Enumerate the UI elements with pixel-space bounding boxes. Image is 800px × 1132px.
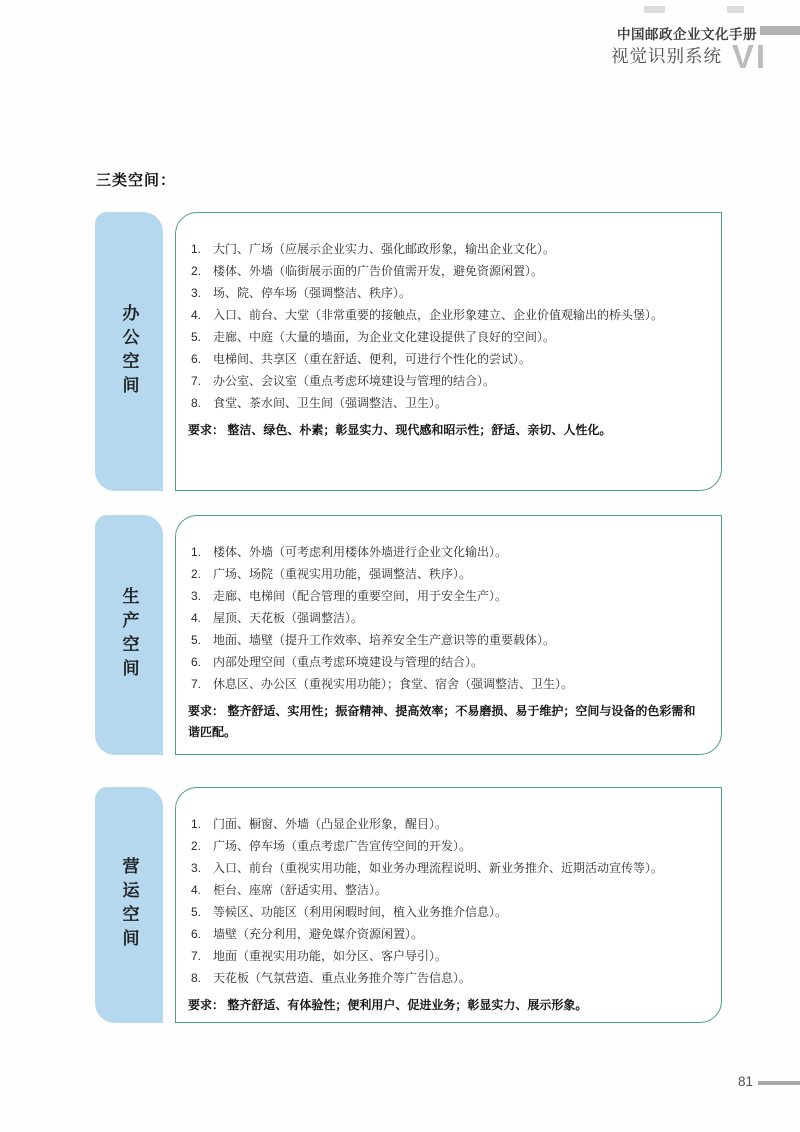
list-item-text: 楼体、外墙（临街展示面的广告价值需开发，避免资源闲置）。	[213, 260, 707, 282]
list-item: 1.大门、广场（应展示企业实力、强化邮政形象，输出企业文化）。	[188, 238, 707, 260]
section-label: 生产空间	[117, 587, 142, 683]
list-item: 4.屋顶、天花板（强调整洁）。	[188, 607, 707, 629]
list-item-number: 6.	[188, 651, 213, 673]
list-item: 2.广场、停车场（重点考虑广告宣传空间的开发）。	[188, 835, 707, 857]
list-item: 6.电梯间、共享区（重在舒适、便利，可进行个性化的尝试）。	[188, 348, 707, 370]
list-item-number: 4.	[188, 879, 213, 901]
list-item: 5.地面、墙壁（提升工作效率、培养安全生产意识等的重要载体）。	[188, 629, 707, 651]
list-item-text: 墙壁（充分利用，避免媒介资源闲置）。	[213, 923, 707, 945]
header-scan-artifact	[727, 6, 744, 13]
list-item: 4.柜台、座席（舒适实用、整洁）。	[188, 879, 707, 901]
list-item-text: 大门、广场（应展示企业实力、强化邮政形象，输出企业文化）。	[213, 238, 707, 260]
list-item: 7.办公室、会议室（重点考虑环境建设与管理的结合）。	[188, 370, 707, 392]
list-item-text: 天花板（气氛营造、重点业务推介等广告信息）。	[213, 967, 707, 989]
list-item-text: 柜台、座席（舒适实用、整洁）。	[213, 879, 707, 901]
section-label-panel: 办公空间	[95, 212, 163, 491]
item-list: 1.大门、广场（应展示企业实力、强化邮政形象，输出企业文化）。2.楼体、外墙（临…	[188, 238, 707, 414]
section-content-box: 1.大门、广场（应展示企业实力、强化邮政形象，输出企业文化）。2.楼体、外墙（临…	[175, 212, 722, 491]
section-label: 办公空间	[117, 304, 142, 400]
list-item: 5.走廊、中庭（大量的墙面，为企业文化建设提供了良好的空间）。	[188, 326, 707, 348]
list-item-text: 内部处理空间（重点考虑环境建设与管理的结合）。	[213, 651, 707, 673]
list-item-number: 2.	[188, 260, 213, 282]
section-content-box: 1.楼体、外墙（可考虑利用楼体外墙进行企业文化输出）。2.广场、场院（重视实用功…	[175, 515, 722, 755]
section-office-space: 办公空间 1.大门、广场（应展示企业实力、强化邮政形象，输出企业文化）。2.楼体…	[95, 212, 722, 491]
page-title: 三类空间：	[96, 169, 176, 190]
list-item-number: 5.	[188, 629, 213, 651]
list-item-text: 广场、停车场（重点考虑广告宣传空间的开发）。	[213, 835, 707, 857]
section-label-panel: 生产空间	[95, 515, 163, 755]
list-item: 3.场、院、停车场（强调整洁、秩序）。	[188, 282, 707, 304]
list-item-text: 办公室、会议室（重点考虑环境建设与管理的结合）。	[213, 370, 707, 392]
header-bar	[760, 26, 800, 35]
list-item-text: 门面、橱窗、外墙（凸显企业形象，醒目）。	[213, 813, 707, 835]
list-item: 5.等候区、功能区（利用闲暇时间，植入业务推介信息）。	[188, 901, 707, 923]
list-item: 6.墙壁（充分利用，避免媒介资源闲置）。	[188, 923, 707, 945]
subtitle: 视觉识别系统	[611, 43, 722, 68]
list-item: 1.楼体、外墙（可考虑利用楼体外墙进行企业文化输出）。	[188, 541, 707, 563]
manual-page: 中国邮政企业文化手册 视觉识别系统 VI 三类空间： 办公空间 1.大门、广场（…	[0, 0, 800, 1132]
list-item-number: 4.	[188, 304, 213, 326]
item-list: 1.门面、橱窗、外墙（凸显企业形象，醒目）。2.广场、停车场（重点考虑广告宣传空…	[188, 813, 707, 989]
section-label-panel: 营运空间	[95, 787, 163, 1023]
list-item-text: 入口、前台（重视实用功能，如业务办理流程说明、新业务推介、近期活动宣传等）。	[213, 857, 707, 879]
list-item-number: 8.	[188, 392, 213, 414]
list-item-number: 5.	[188, 326, 213, 348]
list-item-number: 1.	[188, 541, 213, 563]
header-scan-artifact	[644, 6, 665, 13]
list-item-number: 3.	[188, 857, 213, 879]
requirement-text: 要求： 整齐舒适、实用性；振奋精神、提高效率；不易磨损、易于维护；空间与设备的色…	[188, 701, 707, 743]
list-item-text: 走廊、电梯间（配合管理的重要空间，用于安全生产）。	[213, 585, 707, 607]
list-item-text: 食堂、茶水间、卫生间（强调整洁、卫生）。	[213, 392, 707, 414]
list-item: 4.入口、前台、大堂（非常重要的接触点，企业形象建立、企业价值观输出的桥头堡）。	[188, 304, 707, 326]
list-item-number: 2.	[188, 835, 213, 857]
section-content-box: 1.门面、橱窗、外墙（凸显企业形象，醒目）。2.广场、停车场（重点考虑广告宣传空…	[175, 787, 722, 1023]
footer-bar	[758, 1081, 800, 1085]
list-item-number: 6.	[188, 923, 213, 945]
list-item-text: 地面、墙壁（提升工作效率、培养安全生产意识等的重要载体）。	[213, 629, 707, 651]
list-item-text: 屋顶、天花板（强调整洁）。	[213, 607, 707, 629]
list-item-number: 7.	[188, 370, 213, 392]
list-item: 3.走廊、电梯间（配合管理的重要空间，用于安全生产）。	[188, 585, 707, 607]
list-item-number: 5.	[188, 901, 213, 923]
list-item-number: 8.	[188, 967, 213, 989]
list-item-text: 楼体、外墙（可考虑利用楼体外墙进行企业文化输出）。	[213, 541, 707, 563]
list-item-number: 6.	[188, 348, 213, 370]
list-item-text: 场、院、停车场（强调整洁、秩序）。	[213, 282, 707, 304]
list-item: 2.广场、场院（重视实用功能，强调整洁、秩序）。	[188, 563, 707, 585]
list-item-text: 广场、场院（重视实用功能，强调整洁、秩序）。	[213, 563, 707, 585]
list-item: 7.休息区、办公区（重视实用功能）；食堂、宿舍（强调整洁、卫生）。	[188, 673, 707, 695]
list-item: 7.地面（重视实用功能，如分区、客户导引）。	[188, 945, 707, 967]
list-item-number: 1.	[188, 813, 213, 835]
requirement-text: 要求： 整齐舒适、有体验性；便利用户、促进业务；彰显实力、展示形象。	[188, 995, 707, 1016]
page-number: 81	[738, 1074, 753, 1089]
list-item-number: 7.	[188, 673, 213, 695]
list-item-text: 地面（重视实用功能，如分区、客户导引）。	[213, 945, 707, 967]
list-item-number: 3.	[188, 585, 213, 607]
item-list: 1.楼体、外墙（可考虑利用楼体外墙进行企业文化输出）。2.广场、场院（重视实用功…	[188, 541, 707, 695]
section-production-space: 生产空间 1.楼体、外墙（可考虑利用楼体外墙进行企业文化输出）。2.广场、场院（…	[95, 515, 722, 755]
list-item-number: 2.	[188, 563, 213, 585]
list-item: 2.楼体、外墙（临街展示面的广告价值需开发，避免资源闲置）。	[188, 260, 707, 282]
list-item: 3.入口、前台（重视实用功能，如业务办理流程说明、新业务推介、近期活动宣传等）。	[188, 857, 707, 879]
list-item: 8.天花板（气氛营造、重点业务推介等广告信息）。	[188, 967, 707, 989]
section-label: 营运空间	[117, 857, 142, 953]
list-item-number: 4.	[188, 607, 213, 629]
list-item-number: 1.	[188, 238, 213, 260]
list-item-text: 电梯间、共享区（重在舒适、便利，可进行个性化的尝试）。	[213, 348, 707, 370]
list-item: 8.食堂、茶水间、卫生间（强调整洁、卫生）。	[188, 392, 707, 414]
vi-logo: VI	[732, 40, 767, 73]
list-item-text: 休息区、办公区（重视实用功能）；食堂、宿舍（强调整洁、卫生）。	[213, 673, 707, 695]
list-item-text: 走廊、中庭（大量的墙面，为企业文化建设提供了良好的空间）。	[213, 326, 707, 348]
list-item-number: 3.	[188, 282, 213, 304]
list-item-number: 7.	[188, 945, 213, 967]
list-item-text: 等候区、功能区（利用闲暇时间，植入业务推介信息）。	[213, 901, 707, 923]
list-item: 6.内部处理空间（重点考虑环境建设与管理的结合）。	[188, 651, 707, 673]
list-item: 1.门面、橱窗、外墙（凸显企业形象，醒目）。	[188, 813, 707, 835]
requirement-text: 要求： 整洁、绿色、朴素；彰显实力、现代感和昭示性；舒适、亲切、人性化。	[188, 420, 707, 441]
section-operations-space: 营运空间 1.门面、橱窗、外墙（凸显企业形象，醒目）。2.广场、停车场（重点考虑…	[95, 787, 722, 1023]
list-item-text: 入口、前台、大堂（非常重要的接触点，企业形象建立、企业价值观输出的桥头堡）。	[213, 304, 707, 326]
